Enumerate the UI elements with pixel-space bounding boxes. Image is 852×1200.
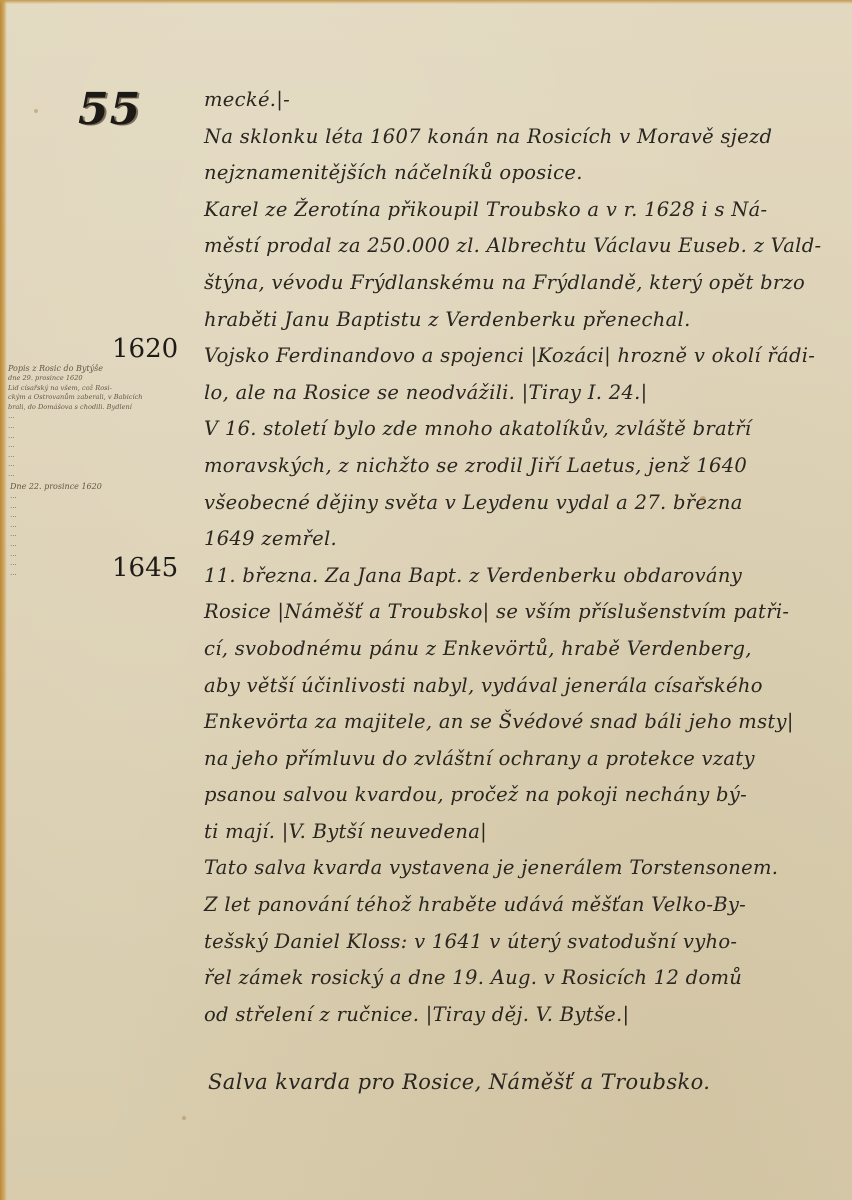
text-line: nejznamenitějších náčelníků oposice.: [204, 155, 804, 192]
closing-heading: Salva kvarda pro Rosice, Náměšť a Troubs…: [208, 1070, 710, 1094]
folio-number: 55: [78, 84, 141, 135]
text-line: 1649 zemřel.: [204, 521, 804, 558]
text-line: hraběti Janu Baptistu z Verdenberku přen…: [204, 302, 804, 339]
margin-note-line: Popis z Rosic do Bytýše: [8, 363, 166, 374]
text-line: řel zámek rosický a dne 19. Aug. v Rosic…: [204, 960, 804, 997]
text-line: městí prodal za 250.000 zl. Albrechtu Vá…: [204, 228, 804, 265]
text-line: Tato salva kvarda vystavena je jenerálem…: [204, 850, 804, 887]
margin-note-line: …: [10, 521, 168, 531]
text-line: všeobecné dějiny světa v Leydenu vydal a…: [204, 485, 804, 522]
text-line: aby větší účinlivosti nabyl, vydával jen…: [204, 668, 804, 705]
text-line: Rosice |Náměšť a Troubsko| se vším přísl…: [204, 594, 804, 631]
main-text: mecké.|- Na sklonku léta 1607 konán na R…: [204, 82, 804, 1033]
text-line: ti mají. |V. Bytší neuvedena|: [204, 814, 804, 851]
margin-note-line: …: [10, 540, 168, 550]
text-line: cí, svobodnému pánu z Enkevörtů, hrabě V…: [204, 631, 804, 668]
text-line: na jeho přímluvu do zvláštní ochrany a p…: [204, 741, 804, 778]
text-line: Vojsko Ferdinandovo a spojenci |Kozáci| …: [204, 338, 804, 375]
text-line: štýna, vévodu Frýdlanskému na Frýdlandě,…: [204, 265, 804, 302]
margin-note-line: …: [10, 559, 168, 569]
text-line: psanou salvou kvardou, pročež na pokoji …: [204, 777, 804, 814]
margin-note-line: Lid císařský na všem, což Rosi-: [8, 384, 166, 394]
margin-note-line: ckým a Ostrovanům zaberali, v Babicích: [8, 393, 166, 403]
margin-note-line: …: [10, 550, 168, 560]
manuscript-page: 55 1620 1645 Popis z Rosic do Bytýše dne…: [0, 0, 852, 1200]
margin-note-line: …: [8, 451, 166, 461]
text-line: Karel ze Žerotína přikoupil Troubsko a v…: [204, 192, 804, 229]
text-line: mecké.|-: [204, 82, 804, 119]
margin-note-line: …: [10, 569, 168, 579]
margin-note-line: …: [8, 460, 166, 470]
margin-note-line: Dne 22. prosince 1620: [10, 481, 168, 492]
margin-note-1645: Dne 22. prosince 1620 … … … … … … … … …: [10, 481, 168, 578]
page-edge-left: [0, 0, 7, 1200]
margin-note-line: …: [8, 422, 166, 432]
margin-note-line: …: [8, 470, 166, 480]
ink-stain: [34, 109, 38, 113]
margin-note-line: …: [8, 412, 166, 422]
text-line: tešský Daniel Kloss: v 1641 v úterý svat…: [204, 924, 804, 961]
ink-stain: [700, 496, 706, 502]
text-line: moravských, z nichžto se zrodil Jiří Lae…: [204, 448, 804, 485]
margin-note-line: …: [10, 502, 168, 512]
text-line: 11. března. Za Jana Bapt. z Verdenberku …: [204, 558, 804, 595]
ink-stain: [182, 1116, 186, 1120]
margin-note-line: dne 29. prosince 1620: [8, 374, 166, 384]
text-line: Enkevörta za majitele, an se Švédové sna…: [204, 704, 804, 741]
text-line: od střelení z ručnice. |Tiray děj. V. By…: [204, 997, 804, 1034]
margin-note-line: …: [10, 511, 168, 521]
margin-note-line: …: [8, 432, 166, 442]
text-line: Z let panování téhož hraběte udává měšťa…: [204, 887, 804, 924]
margin-note-line: …: [10, 492, 168, 502]
text-line: V 16. století bylo zde mnoho akatolíkův,…: [204, 411, 804, 448]
margin-note-line: …: [10, 530, 168, 540]
margin-note-1620: Popis z Rosic do Bytýše dne 29. prosince…: [8, 363, 166, 480]
page-edge-top: [0, 0, 852, 4]
text-line: lo, ale na Rosice se neodvážili. |Tiray …: [204, 375, 804, 412]
margin-note-line: …: [8, 441, 166, 451]
margin-note-line: brali, do Domášova s chodili. Bydlení: [8, 403, 166, 413]
text-line: Na sklonku léta 1607 konán na Rosicích v…: [204, 119, 804, 156]
margin-year-1620: 1620: [112, 334, 178, 364]
